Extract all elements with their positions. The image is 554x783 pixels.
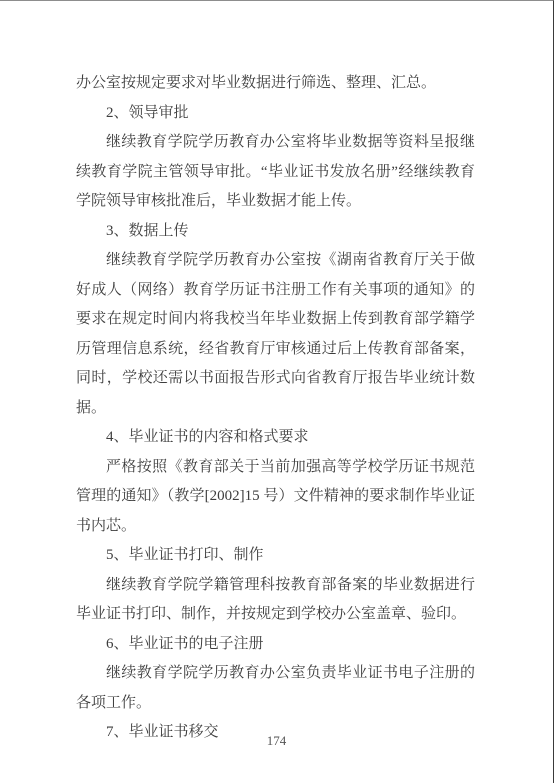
section-heading-4: 4、毕业证书的内容和格式要求 [76, 423, 475, 453]
document-body: 办公室按规定要求对毕业数据进行筛选、整理、汇总。 2、领导审批 继续教育学院学历… [76, 69, 475, 748]
section-heading-6: 6、毕业证书的电子注册 [76, 630, 475, 660]
paragraph: 继续教育学院学历教育办公室将毕业数据等资料呈报继续教育学院主管领导审批。“毕业证… [76, 128, 475, 217]
document-page: 办公室按规定要求对毕业数据进行筛选、整理、汇总。 2、领导审批 继续教育学院学历… [0, 0, 554, 783]
page-number: 174 [0, 733, 553, 749]
paragraph-continuation: 办公室按规定要求对毕业数据进行筛选、整理、汇总。 [76, 69, 475, 99]
section-heading-2: 2、领导审批 [76, 99, 475, 129]
paragraph: 继续教育学院学历教育办公室负责毕业证书电子注册的各项工作。 [76, 659, 475, 718]
paragraph: 继续教育学院学历教育办公室按《湖南省教育厅关于做好成人（网络）教育学历证书注册工… [76, 246, 475, 423]
paragraph: 继续教育学院学籍管理科按教育部备案的毕业数据进行毕业证书打印、制作，并按规定到学… [76, 571, 475, 630]
paragraph: 严格按照《教育部关于当前加强高等学校学历证书规范管理的通知》（教学[2002]1… [76, 453, 475, 542]
section-heading-5: 5、毕业证书打印、制作 [76, 541, 475, 571]
section-heading-3: 3、数据上传 [76, 217, 475, 247]
